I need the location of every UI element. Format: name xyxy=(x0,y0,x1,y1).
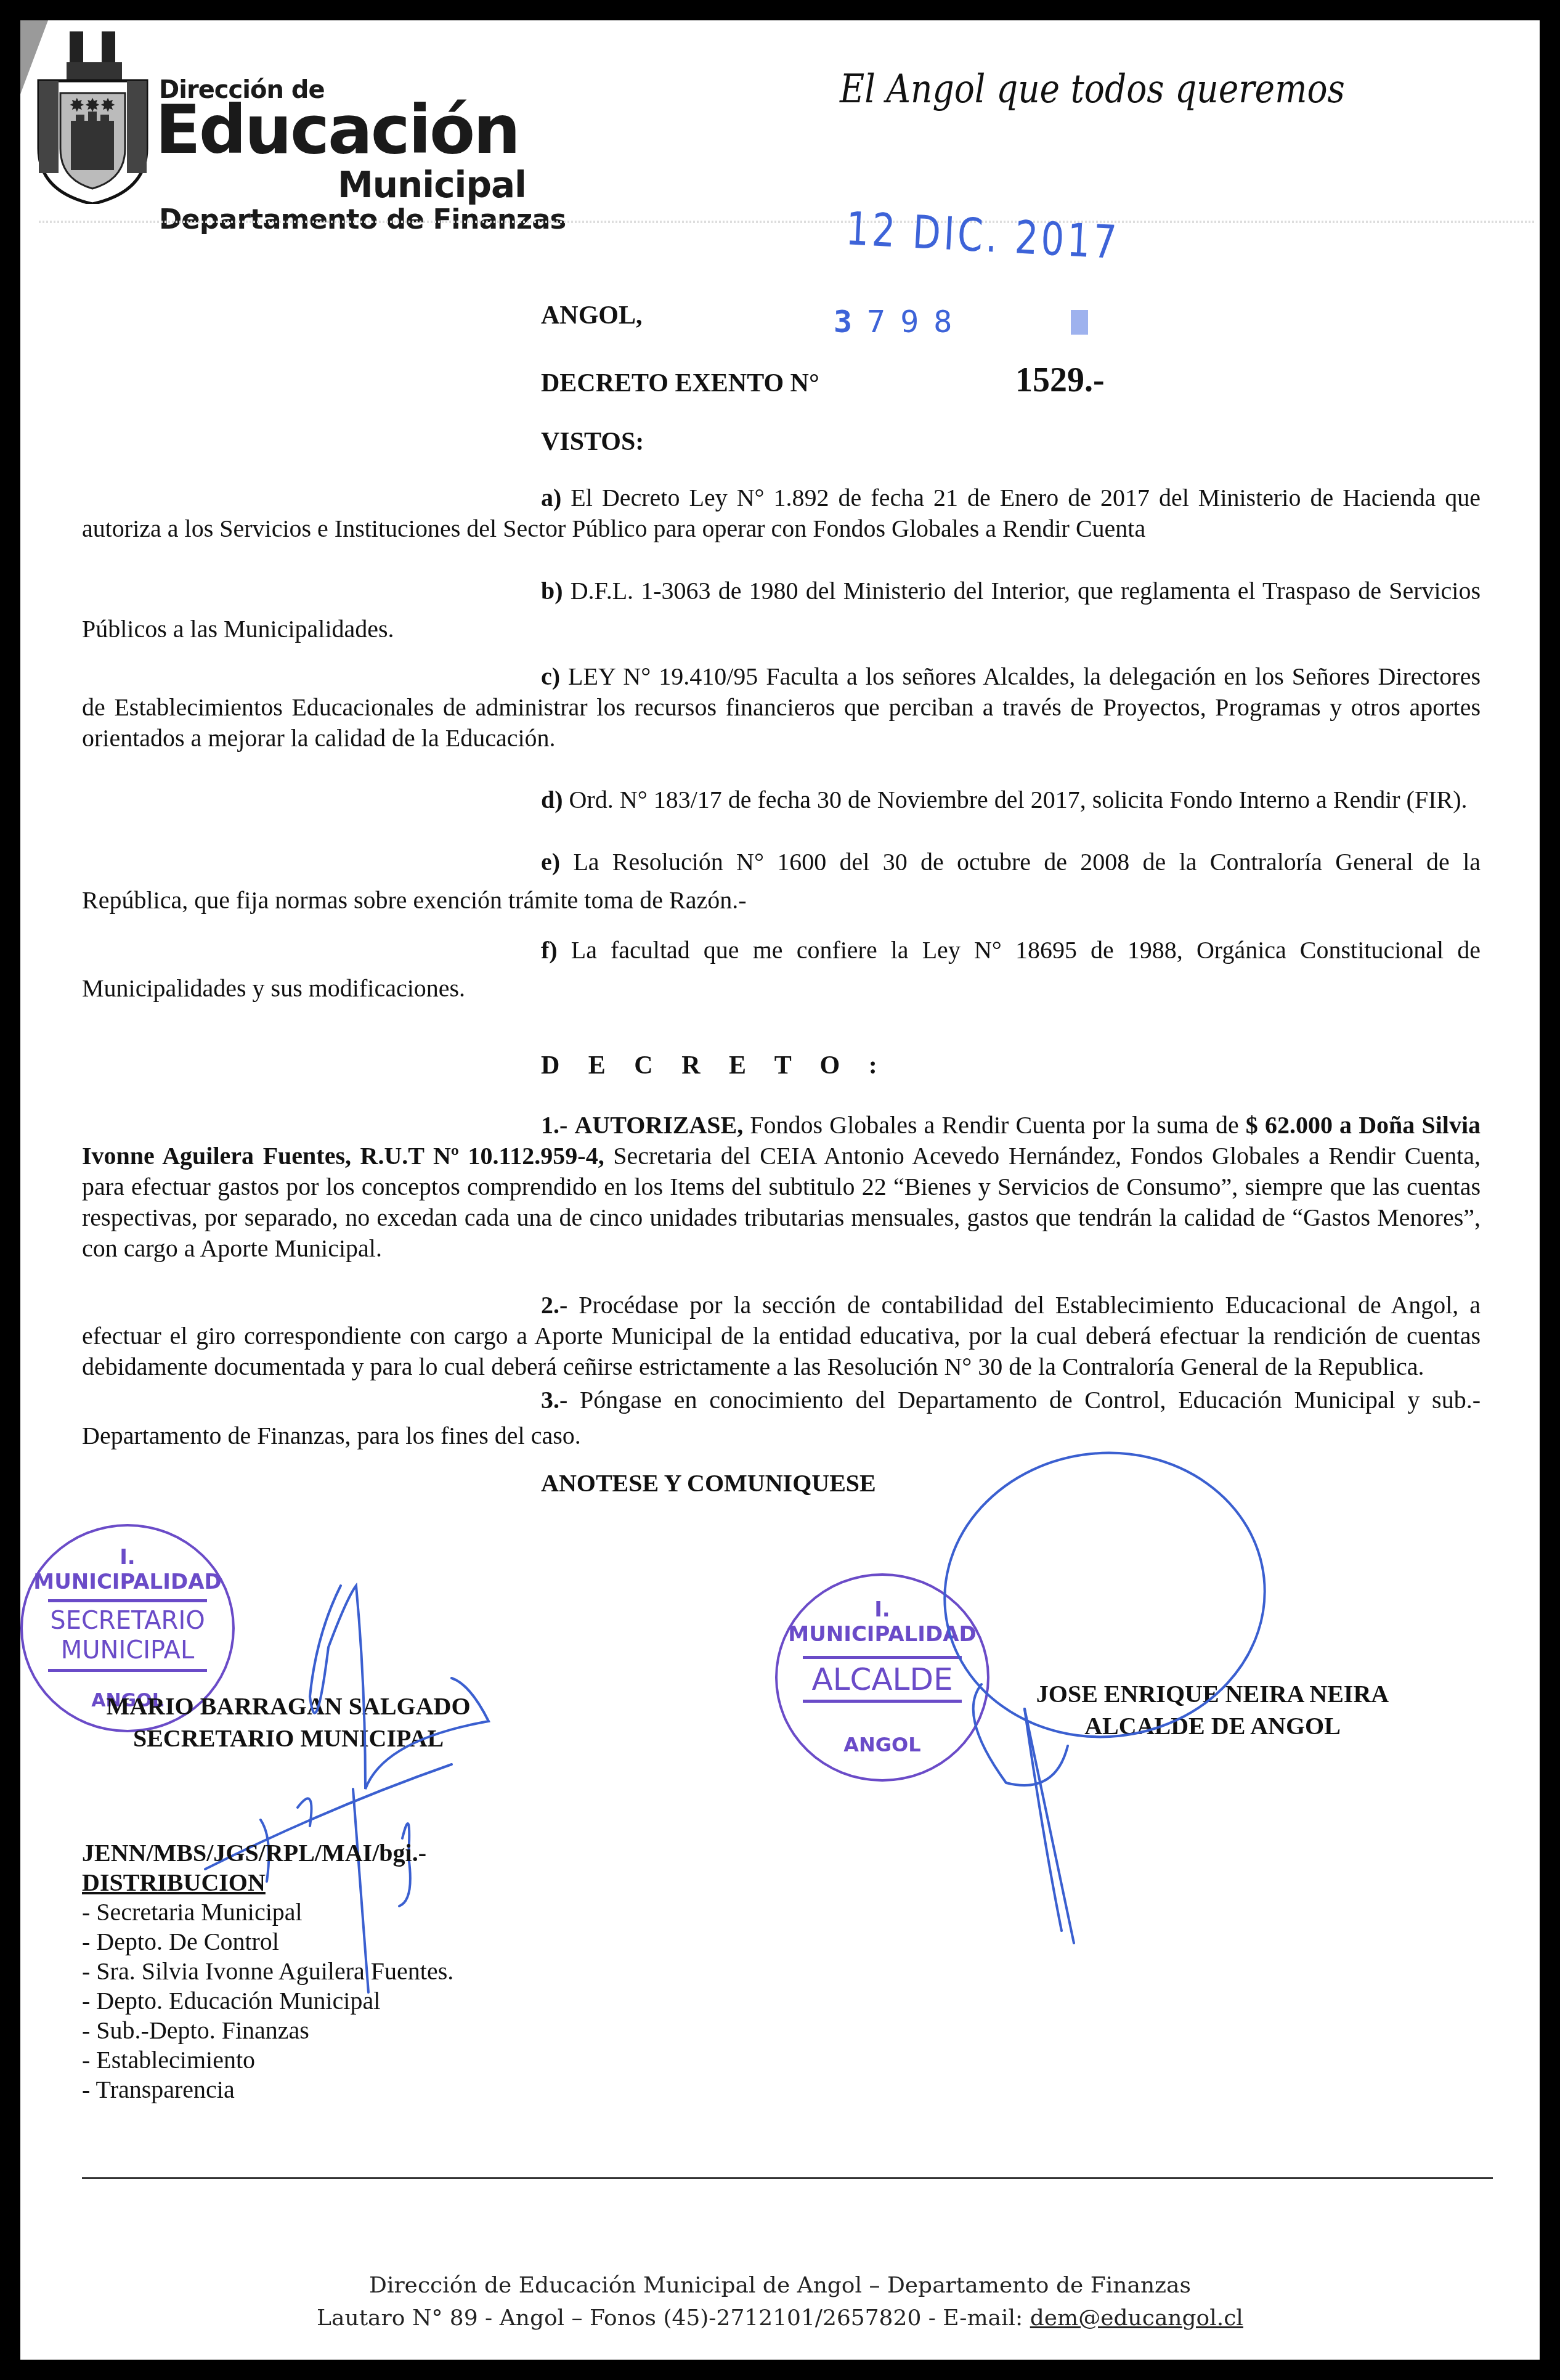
footer-line-2: Lautaro N° 89 - Angol – Fonos (45)-27121… xyxy=(20,2305,1540,2331)
document-page: ✸✸✸ Dirección de Educación Municipal Dep… xyxy=(20,20,1540,2360)
decreto-heading: D E C R E T O : xyxy=(541,1051,888,1080)
visto-item-a: a) El Decreto Ley N° 1.892 de fecha 21 d… xyxy=(82,483,1481,544)
visto-item-f: f) La facultad que me confiere la Ley N°… xyxy=(82,931,1481,1008)
distribution-item: - Establecimiento xyxy=(82,2045,453,2075)
visto-item-e: e) La Resolución N° 1600 del 30 de octub… xyxy=(82,843,1481,919)
date-stamp: 12 DIC. 2017 xyxy=(845,202,1121,269)
seal-alcalde: I. MUNICIPALIDAD ALCALDE ANGOL xyxy=(775,1573,989,1782)
secretary-signature-block: MARIO BARRAGAN SALGADO SECRETARIO MUNICI… xyxy=(91,1690,485,1754)
distribution-item: - Sub.-Depto. Finanzas xyxy=(82,2016,453,2045)
brand-line-4: Departamento de Finanzas xyxy=(159,205,566,233)
distribution-item: - Secretaria Municipal xyxy=(82,1897,453,1927)
distribution-item: - Depto. De Control xyxy=(82,1927,453,1957)
mayor-signature-block: JOSE ENRIQUE NEIRA NEIRA ALCALDE DE ANGO… xyxy=(1022,1678,1404,1742)
visto-item-b: b) D.F.L. 1-3063 de 1980 del Ministerio … xyxy=(82,572,1481,648)
footer-address: Lautaro N° 89 - Angol – Fonos (45)-27121… xyxy=(317,2305,1023,2331)
seal-middle-text: ALCALDE xyxy=(803,1656,962,1703)
distribution-item: - Sra. Silvia Ivonne Aguilera Fuentes. xyxy=(82,1957,453,1986)
seal-top-text: I. MUNICIPALIDAD xyxy=(23,1545,232,1594)
ink-mark xyxy=(1071,310,1088,335)
visto-item-c: c) LEY N° 19.410/95 Faculta a los señore… xyxy=(82,661,1481,754)
seal-top-text: I. MUNICIPALIDAD xyxy=(778,1597,987,1647)
decree-number: 1529.- xyxy=(1015,361,1105,400)
secretary-title: SECRETARIO MUNICIPAL xyxy=(91,1722,485,1754)
references-block: JENN/MBS/JGS/RPL/MAI/bgi.- DISTRIBUCION … xyxy=(82,1838,453,2105)
registry-number-stamp: 3798 xyxy=(834,304,967,340)
secretary-name: MARIO BARRAGAN SALGADO xyxy=(91,1690,485,1722)
article-2: 2.- Procédase por la sección de contabil… xyxy=(82,1290,1481,1382)
article-1: 1.- AUTORIZASE, Fondos Globales a Rendir… xyxy=(82,1110,1481,1264)
initials: JENN/MBS/JGS/RPL/MAI/bgi.- xyxy=(82,1838,453,1868)
mayor-name: JOSE ENRIQUE NEIRA NEIRA xyxy=(1022,1678,1404,1710)
decree-label: DECRETO EXENTO N° xyxy=(541,369,819,398)
city-label: ANGOL, xyxy=(541,301,643,330)
seal-middle-text: SECRETARIOMUNICIPAL xyxy=(48,1599,207,1672)
article-3: 3.- Póngase en conocimiento del Departam… xyxy=(82,1382,1481,1454)
registry-number-rest: 798 xyxy=(867,304,967,340)
footer-email-link[interactable]: dem@educangol.cl xyxy=(1030,2305,1243,2331)
coat-of-arms-icon: ✸✸✸ xyxy=(33,25,153,204)
mayor-title: ALCALDE DE ANGOL xyxy=(1022,1710,1404,1742)
brand-line-2: Educación xyxy=(155,97,519,164)
distribution-item: - Transparencia xyxy=(82,2075,453,2105)
distribution-heading: DISTRIBUCION xyxy=(82,1868,453,1897)
footer-line-1: Dirección de Educación Municipal de Ango… xyxy=(20,2273,1540,2298)
vistos-heading: VISTOS: xyxy=(541,427,644,457)
visto-item-d: d) Ord. N° 183/17 de fecha 30 de Noviemb… xyxy=(82,785,1481,815)
closing-formula: ANOTESE Y COMUNIQUESE xyxy=(541,1469,876,1498)
brand-line-3: Municipal xyxy=(338,167,526,203)
footer-divider xyxy=(82,2177,1493,2179)
seal-bottom-text: ANGOL xyxy=(778,1733,987,1756)
registry-number-first-digit: 3 xyxy=(834,304,867,340)
distribution-item: - Depto. Educación Municipal xyxy=(82,1986,453,2016)
header-divider xyxy=(39,221,1536,223)
motto: El Angol que todos queremos xyxy=(840,67,1345,112)
